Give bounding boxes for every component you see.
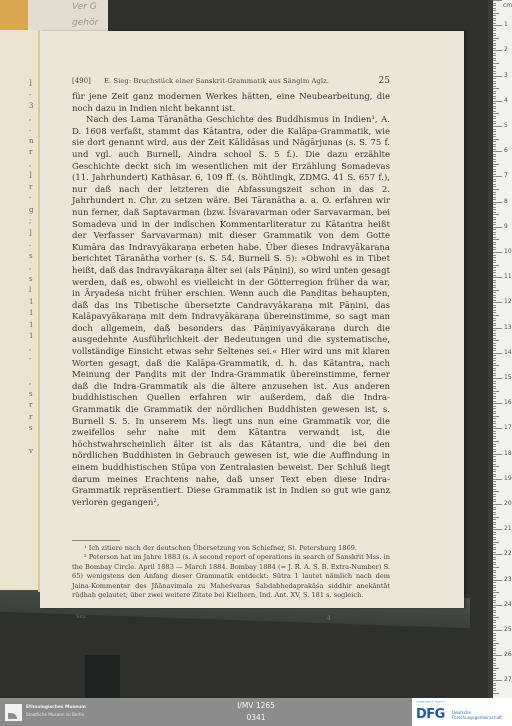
- ruler-tick: [493, 23, 496, 24]
- ruler-tick: [493, 648, 496, 649]
- ruler-tick: [493, 159, 496, 160]
- ruler-tick: [493, 333, 496, 334]
- ruler-tick: [493, 693, 499, 694]
- footnote-2: ² Peterson hat im Jahre 1883 (s. A secon…: [72, 553, 390, 600]
- ruler-tick: [493, 48, 496, 49]
- ruler-tick: [493, 154, 496, 155]
- ruler-tick: [493, 602, 496, 603]
- ruler-tick: [493, 343, 496, 344]
- ruler-tick: [493, 499, 496, 500]
- ruler-tick: [493, 260, 496, 261]
- ruler-tick: [493, 665, 496, 666]
- ruler-tick: [493, 572, 496, 573]
- ruler-tick: [493, 504, 502, 505]
- ruler-tick: [493, 300, 496, 301]
- ruler-tick: [493, 507, 496, 508]
- ruler-tick: [493, 174, 496, 175]
- ruler-tick: [493, 189, 499, 190]
- ruler-tick: [493, 323, 496, 324]
- ruler-tick: [493, 549, 496, 550]
- ruler-tick: [493, 267, 496, 268]
- ruler-tick: [493, 690, 496, 691]
- ruler-tick: [493, 78, 496, 79]
- dark-block: [85, 655, 120, 698]
- ruler-tick: [493, 552, 496, 553]
- ruler-tick: [493, 355, 496, 356]
- ruler-tick: [493, 0, 502, 1]
- ruler-tick: [493, 537, 496, 538]
- ruler-tick: [493, 464, 496, 465]
- ruler-tick: [493, 277, 502, 278]
- ruler-tick: [493, 8, 496, 9]
- ruler-tick: [493, 45, 496, 46]
- ruler-tick: [493, 559, 496, 560]
- ruler-tick: [493, 227, 502, 228]
- ruler-tick: [493, 625, 496, 626]
- ruler-tick: [493, 244, 496, 245]
- ruler-tick: [493, 10, 496, 11]
- ruler-label: 22: [504, 550, 512, 557]
- ruler-tick: [493, 144, 496, 145]
- ruler-tick: [493, 25, 502, 26]
- ruler-tick: [493, 476, 496, 477]
- ruler-tick: [493, 459, 496, 460]
- ruler-tick: [493, 305, 496, 306]
- ruler-tick: [493, 391, 499, 392]
- ruler-tick: [493, 446, 496, 447]
- ruler-tick: [493, 396, 496, 397]
- ruler-tick: [493, 484, 496, 485]
- ruler-tick: [493, 532, 496, 533]
- ruler-tick: [493, 156, 496, 157]
- ruler-tick: [493, 650, 496, 651]
- ruler-tick: [493, 683, 496, 684]
- ruler-tick: [493, 136, 496, 137]
- ruler-tick: [493, 91, 496, 92]
- ruler-label: 26: [504, 651, 512, 658]
- ruler-tick: [493, 234, 496, 235]
- ruler-tick: [493, 348, 496, 349]
- ruler-label: 9: [504, 223, 508, 230]
- ruler-tick: [493, 242, 496, 243]
- ruler-tick: [493, 237, 496, 238]
- ruler-tick: [493, 617, 499, 618]
- ruler-tick: [493, 310, 496, 311]
- ruler-tick: [493, 93, 496, 94]
- ruler-tick: [493, 431, 496, 432]
- paragraph-1: für jene Zeit ganz modernen Werkes hätte…: [72, 92, 390, 115]
- ruler-tick: [493, 71, 496, 72]
- ruler-tick: [493, 297, 496, 298]
- ruler-tick: [493, 633, 496, 634]
- ruler-tick: [493, 192, 496, 193]
- ruler-tick: [493, 607, 496, 608]
- ruler-tick: [493, 421, 496, 422]
- ruler-tick: [493, 63, 499, 64]
- ruler-tick: [493, 103, 496, 104]
- ruler-tick: [493, 479, 502, 480]
- signature-mark: Sitz.: [76, 614, 87, 620]
- ruler-tick: [493, 86, 496, 87]
- ruler-tick: [493, 146, 496, 147]
- ruler-tick: [493, 398, 496, 399]
- ruler-tick: [493, 670, 496, 671]
- ruler-tick: [493, 517, 499, 518]
- ruler-tick: [493, 255, 496, 256]
- ruler-tick: [493, 151, 502, 152]
- ruler-tick: [493, 668, 499, 669]
- body-text: für jene Zeit ganz modernen Werkes hätte…: [72, 92, 390, 509]
- ruler-tick: [493, 645, 496, 646]
- ruler-label: 12: [504, 298, 512, 305]
- ruler-label: 1: [504, 21, 508, 28]
- ruler-tick: [493, 98, 496, 99]
- ruler-tick: [493, 373, 496, 374]
- ruler-tick: [493, 640, 496, 641]
- ruler-tick: [493, 567, 499, 568]
- ruler-tick: [493, 222, 496, 223]
- ruler-tick: [493, 149, 496, 150]
- ruler-tick: [493, 290, 499, 291]
- ruler-tick: [493, 469, 496, 470]
- ruler-tick: [493, 363, 496, 364]
- ruler-tick: [493, 68, 496, 69]
- note-slip-line-2: gehör: [72, 18, 98, 28]
- header-title: E. Sieg: Bruchstück einer Sanskrit-Gramm…: [104, 77, 329, 85]
- ruler-tick: [493, 315, 499, 316]
- ruler-tick: [493, 678, 496, 679]
- ruler-tick: [493, 388, 496, 389]
- ruler-tick: [493, 58, 496, 59]
- ruler-tick: [493, 338, 496, 339]
- sheet-number: 4: [327, 615, 331, 622]
- ruler-tick: [493, 345, 496, 346]
- ruler-label: 11: [504, 273, 512, 280]
- ruler-tick: [493, 126, 502, 127]
- ruler-tick: [493, 454, 502, 455]
- ruler-label: 5: [504, 122, 508, 129]
- ruler-tick: [493, 73, 496, 74]
- ruler-label: 2: [504, 46, 508, 53]
- ruler-tick: [493, 340, 499, 341]
- ruler-tick: [493, 585, 496, 586]
- ruler-label: 19: [504, 475, 512, 482]
- ruler-tick: [493, 88, 499, 89]
- ruler-tick: [493, 643, 499, 644]
- footnote-rule: [72, 540, 120, 541]
- footnotes: ¹ Ich zitiere nach der deutschen Überset…: [72, 544, 390, 600]
- ruler-tick: [493, 685, 496, 686]
- ruler-tick: [493, 519, 496, 520]
- ruler-tick: [493, 615, 496, 616]
- ruler-tick: [493, 426, 496, 427]
- ruler-tick: [493, 577, 496, 578]
- ruler-tick: [493, 612, 496, 613]
- ruler-tick: [493, 15, 496, 16]
- ruler-tick: [493, 653, 496, 654]
- viewer-footer: Ethnologisches Museum Staatliche Museen …: [0, 698, 512, 726]
- ruler-tick: [493, 413, 496, 414]
- ruler-tick: [493, 312, 496, 313]
- ruler-tick: [493, 113, 499, 114]
- ruler-tick: [493, 353, 502, 354]
- ruler-tick: [493, 622, 496, 623]
- ruler-tick: [493, 562, 496, 563]
- ruler-tick: [493, 587, 496, 588]
- ruler-tick: [493, 408, 496, 409]
- ruler-tick: [493, 108, 496, 109]
- ruler-tick: [493, 680, 502, 681]
- ruler-tick: [493, 161, 496, 162]
- ruler-label: 16: [504, 399, 512, 406]
- ruler-tick: [493, 610, 496, 611]
- ruler-tick: [493, 471, 496, 472]
- ruler-tick: [493, 43, 496, 44]
- ruler-tick: [493, 406, 496, 407]
- ruler-tick: [493, 252, 502, 253]
- ruler-tick: [493, 257, 496, 258]
- ruler-tick: [493, 365, 499, 366]
- ruler-tick: [493, 534, 496, 535]
- ruler-tick: [493, 416, 499, 417]
- scan-viewport: Ver G gehör ] - 3 , . n r , ] r - g ; ] …: [0, 0, 512, 698]
- ruler-tick: [493, 239, 499, 240]
- ruler-label: 14: [504, 349, 512, 356]
- ruler-tick: [493, 287, 496, 288]
- ruler-label: 6: [504, 147, 508, 154]
- ruler-tick: [493, 660, 496, 661]
- ruler-tick: [493, 418, 496, 419]
- ruler-tick: [493, 169, 496, 170]
- left-page: ] - 3 , . n r , ] r - g ; ] . s , s l 1 …: [0, 30, 40, 590]
- ruler-tick: [493, 292, 496, 293]
- ruler-tick: [493, 164, 499, 165]
- ruler-tick: [493, 33, 496, 34]
- ruler-tick: [493, 527, 496, 528]
- ruler-tick: [493, 121, 496, 122]
- footnote-1: ¹ Ich zitiere nach der deutschen Überset…: [72, 544, 390, 553]
- ruler-tick: [493, 81, 496, 82]
- ruler-tick: [493, 55, 496, 56]
- ruler-tick: [493, 529, 502, 530]
- ruler-tick: [493, 186, 496, 187]
- ruler-tick: [493, 181, 496, 182]
- ruler-label: 27: [504, 676, 512, 683]
- ruler-tick: [493, 134, 496, 135]
- ruler-label: 13: [504, 324, 512, 331]
- dfg-name-line-2: Forschungsgemeinschaft: [452, 715, 502, 720]
- ruler-tick: [493, 320, 496, 321]
- ruler-tick: [493, 123, 496, 124]
- ruler-tick: [493, 141, 496, 142]
- ruler-tick: [493, 630, 502, 631]
- ruler-tick: [493, 139, 499, 140]
- ruler-tick: [493, 262, 496, 263]
- yellow-note-slip: [0, 0, 28, 30]
- ruler-tick: [493, 207, 496, 208]
- ruler-tick: [493, 627, 496, 628]
- ruler-tick: [493, 635, 496, 636]
- ruler-tick: [493, 265, 499, 266]
- dfg-logo-icon: DFG: [416, 707, 445, 722]
- ruler-tick: [493, 275, 496, 276]
- ruler-tick: [493, 166, 496, 167]
- ruler-tick: [493, 401, 496, 402]
- ruler-tick: [493, 219, 496, 220]
- ruler-tick: [493, 35, 496, 36]
- ruler-tick: [493, 444, 496, 445]
- ruler-tick: [493, 199, 496, 200]
- ruler-tick: [493, 318, 496, 319]
- ruler-tick: [493, 111, 496, 112]
- ruler-tick: [493, 302, 502, 303]
- ruler-tick: [493, 307, 496, 308]
- ruler-unit: cm: [503, 2, 512, 9]
- ruler-tick: [493, 129, 496, 130]
- ruler-tick: [493, 575, 496, 576]
- ruler-tick: [493, 28, 496, 29]
- ruler-tick: [493, 539, 496, 540]
- ruler-tick: [493, 494, 496, 495]
- ruler-tick: [493, 38, 499, 39]
- ruler-tick: [493, 461, 496, 462]
- ruler-tick: [493, 600, 496, 601]
- ruler-tick: [493, 564, 496, 565]
- ruler-label: 7: [504, 172, 508, 179]
- ruler-tick: [493, 456, 496, 457]
- ruler-tick: [493, 270, 496, 271]
- ruler-tick: [493, 554, 502, 555]
- ruler-tick: [493, 673, 496, 674]
- ruler-tick: [493, 249, 496, 250]
- ruler-tick: [493, 184, 496, 185]
- ruler-tick: [493, 655, 502, 656]
- ruler-tick: [493, 40, 496, 41]
- ruler-tick: [493, 101, 502, 102]
- ruler-tick: [493, 5, 496, 6]
- ruler-tick: [493, 524, 496, 525]
- page-number: 25: [379, 76, 390, 86]
- cm-ruler: cm 1234567891011121314151617181920212223…: [493, 0, 512, 698]
- ruler-tick: [493, 214, 499, 215]
- ruler-tick: [493, 224, 496, 225]
- ruler-tick: [493, 60, 496, 61]
- ruler-tick: [493, 522, 496, 523]
- ruler-tick: [493, 381, 496, 382]
- ruler-tick: [493, 66, 496, 67]
- funded-by-label: Gefördert durch: [416, 700, 445, 704]
- ruler-tick: [493, 512, 496, 513]
- ruler-tick: [493, 30, 496, 31]
- left-page-edge-text: ] - 3 , . n r , ] r - g ; ] . s , s l 1 …: [29, 78, 37, 458]
- ruler-tick: [493, 386, 496, 387]
- ruler-tick: [493, 83, 496, 84]
- dfg-badge: Gefördert durch DFG Deutsche Forschungsg…: [412, 698, 512, 726]
- dfg-name: Deutsche Forschungsgemeinschaft: [452, 710, 502, 720]
- ruler-label: 25: [504, 626, 512, 633]
- ruler-tick: [493, 547, 496, 548]
- ruler-tick: [493, 194, 496, 195]
- note-slip-line-1: Ver G: [72, 2, 97, 12]
- ruler-tick: [493, 229, 496, 230]
- ruler-tick: [493, 433, 496, 434]
- ruler-tick: [493, 50, 502, 51]
- ruler-tick: [493, 580, 502, 581]
- ruler-tick: [493, 491, 499, 492]
- ruler-tick: [493, 18, 496, 19]
- ruler-tick: [493, 590, 496, 591]
- ruler-tick: [493, 247, 496, 248]
- ruler-tick: [493, 272, 496, 273]
- ruler-tick: [493, 330, 496, 331]
- ruler-label: 8: [504, 198, 508, 205]
- ruler-tick: [493, 280, 496, 281]
- ruler-tick: [493, 197, 496, 198]
- ruler-tick: [493, 663, 496, 664]
- ruler-tick: [493, 570, 496, 571]
- ruler-tick: [493, 557, 496, 558]
- ruler-label: 4: [504, 97, 508, 104]
- paragraph-2: Nach des Lama Tāranātha Geschichte des B…: [72, 115, 390, 509]
- ruler-tick: [493, 378, 502, 379]
- ruler-label: 21: [504, 525, 512, 532]
- ruler-tick: [493, 116, 496, 117]
- ruler-tick: [493, 393, 496, 394]
- ruler-tick: [493, 179, 496, 180]
- ruler-tick: [493, 13, 499, 14]
- ruler-tick: [493, 466, 499, 467]
- ruler-tick: [493, 605, 502, 606]
- ruler-tick: [493, 368, 496, 369]
- ruler-tick: [493, 481, 496, 482]
- ruler-tick: [493, 441, 499, 442]
- ruler-tick: [493, 76, 502, 77]
- header-ref: [490]: [72, 77, 91, 85]
- ruler-tick: [493, 53, 496, 54]
- ruler-tick: [493, 449, 496, 450]
- ruler-tick: [493, 451, 496, 452]
- ruler-tick: [493, 335, 496, 336]
- ruler-tick: [493, 514, 496, 515]
- ruler-tick: [493, 204, 496, 205]
- ruler-tick: [493, 209, 496, 210]
- ruler-tick: [493, 688, 496, 689]
- ruler-tick: [493, 285, 496, 286]
- ruler-label: 10: [504, 248, 512, 255]
- ruler-tick: [493, 595, 496, 596]
- ruler-tick: [493, 411, 496, 412]
- ruler-tick: [493, 171, 496, 172]
- ruler-tick: [493, 620, 496, 621]
- ruler-label: 17: [504, 424, 512, 431]
- ruler-tick: [493, 131, 496, 132]
- ruler-label: 24: [504, 601, 512, 608]
- ruler-tick: [493, 232, 496, 233]
- ruler-tick: [493, 509, 496, 510]
- ruler-tick: [493, 403, 502, 404]
- ruler-tick: [493, 118, 496, 119]
- ruler-tick: [493, 358, 496, 359]
- ruler-tick: [493, 212, 496, 213]
- ruler-tick: [493, 486, 496, 487]
- ruler-tick: [493, 474, 496, 475]
- ruler-tick: [493, 20, 496, 21]
- ruler-tick: [493, 295, 496, 296]
- ruler-tick: [493, 106, 496, 107]
- ruler-tick: [493, 582, 496, 583]
- ruler-tick: [493, 675, 496, 676]
- ruler-tick: [493, 328, 502, 329]
